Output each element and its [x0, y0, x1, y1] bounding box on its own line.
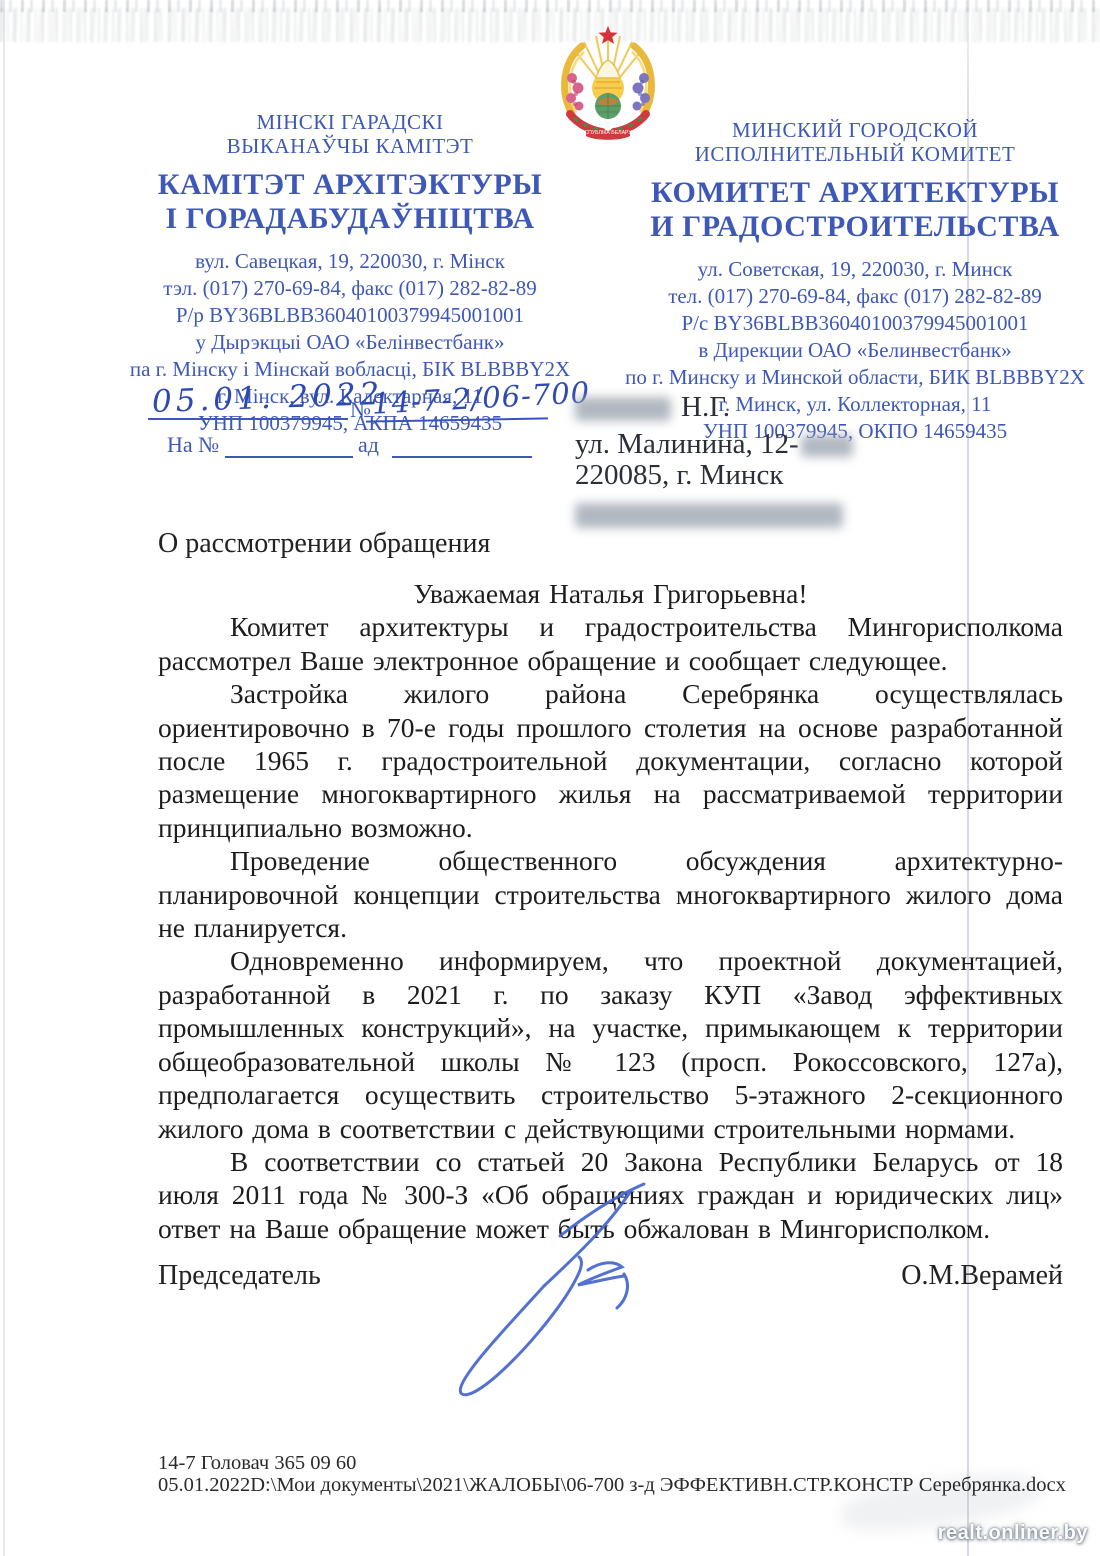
redacted-email [575, 503, 843, 528]
reply-to-label: На № [167, 432, 219, 458]
body-paragraph: Застройка жилого района Серебрянка осуще… [158, 677, 1063, 844]
address-line: тэл. (017) 270-69-84, факс (017) 282-82-… [122, 275, 578, 302]
watermark-realt-onliner: realt.onliner.by [938, 1522, 1088, 1545]
address-line: ул. Советская, 19, 220030, г. Минск [622, 256, 1088, 283]
reply-from-label: ад [358, 432, 379, 458]
body-paragraph: Одновременно информируем, что проектной … [158, 944, 1063, 1144]
footer-filepath-line: 05.01.2022D:\Мои документы\2021\ЖАЛОБЫ\0… [158, 1474, 1066, 1496]
addressee-block: Н.Г. ул. Малинина, 12- 220085, г. Минск [575, 392, 853, 528]
document-footer: 14-7 Головач 365 09 60 05.01.2022D:\Мои … [158, 1452, 1066, 1496]
reply-date-blank [392, 456, 532, 458]
body-paragraph: Проведение общественного обсуждения архи… [158, 844, 1063, 944]
reply-number-blank [225, 456, 353, 458]
address-line: вул. Савецкая, 19, 220030, г. Мінск [122, 248, 578, 275]
number-sign-label: № [350, 397, 371, 423]
address-line: тел. (017) 270-69-84, факс (017) 282-82-… [622, 283, 1088, 310]
committee-title-line: І ГОРАДАБУДАЎНІЦТВА [122, 202, 578, 236]
addressee-city: 220085, г. Минск [575, 459, 783, 491]
org-line: МИНСКИЙ ГОРОДСКОЙ [622, 118, 1088, 142]
letter-body: Уважаемая Наталья Григорьевна! Комитет а… [158, 577, 1063, 1245]
subject-line: О рассмотрении обращения [158, 528, 490, 560]
org-line: ВЫКАНАЎЧЫ КАМІТЭТ [122, 134, 578, 158]
address-line: в Дирекции ОАО «Белинвестбанк» [622, 337, 1088, 364]
body-paragraph: Комитет архитектуры и градостроительства… [158, 610, 1063, 677]
scanned-letter-page: РЭСПУБЛІКА БЕЛАРУСЬ МІНСКІ ГАРАДСКІ ВЫКА… [0, 0, 1100, 1556]
addressee-street: ул. Малинина, 12- [575, 428, 799, 460]
signoff-position-title: Председатель [158, 1260, 321, 1292]
signoff-name: О.М.Верамей [901, 1260, 1063, 1292]
org-line: ИСПОЛНИТЕЛЬНЫЙ КОМИТЕТ [622, 142, 1088, 166]
committee-title-line: И ГРАДОСТРОИТЕЛЬСТВА [622, 210, 1088, 244]
addressee-initials: Н.Г. [681, 391, 730, 423]
address-line: по г. Минску и Минской области, БИК BLBB… [622, 364, 1088, 391]
redacted-surname [575, 397, 671, 421]
scan-noise-band [0, 8, 1100, 42]
scan-edge-line [3, 0, 5, 1556]
date-underline [148, 418, 348, 420]
address-line: Р/р BY36BLBB36040100379945001001 [122, 302, 578, 329]
org-line: МІНСКІ ГАРАДСКІ [122, 110, 578, 134]
handwritten-signature [392, 1178, 692, 1413]
committee-title-line: КАМІТЭТ АРХІТЭКТУРЫ [122, 168, 578, 202]
address-line: Р/с BY36BLBB36040100379945001001 [622, 310, 1088, 337]
salutation: Уважаемая Наталья Григорьевна! [158, 577, 1063, 610]
footer-executor-line: 14-7 Головач 365 09 60 [158, 1452, 1066, 1474]
committee-title-line: КОМИТЕТ АРХИТЕКТУРЫ [622, 176, 1088, 210]
address-line: у Дырэкцыі ОАО «Белінвестбанк» [122, 329, 578, 356]
redacted-apartment [801, 435, 853, 457]
